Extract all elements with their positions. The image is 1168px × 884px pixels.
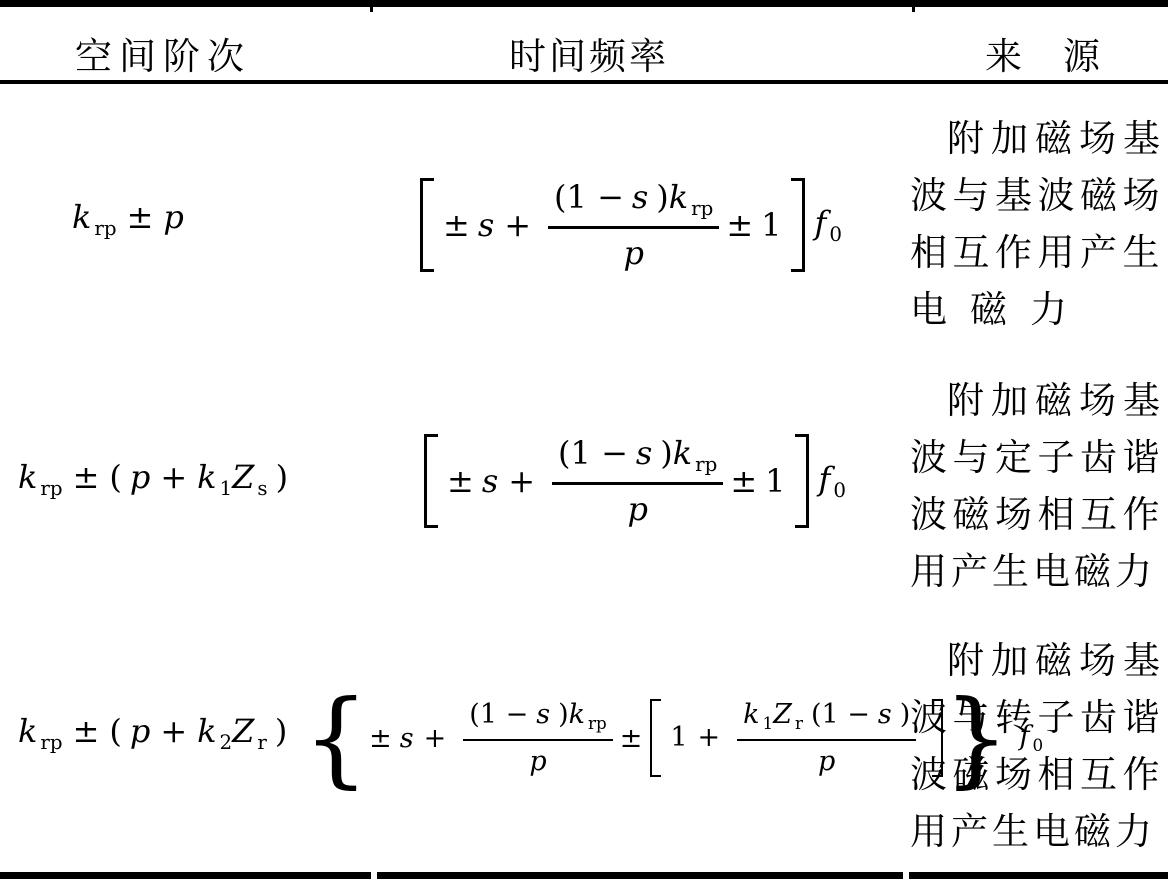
digit-one: 1 xyxy=(765,462,785,500)
var-p: p xyxy=(163,198,183,236)
var-p: p xyxy=(130,458,150,496)
formula-token: ±s+ xyxy=(443,206,541,244)
source-cell-row1: 附加磁场基 波与基波磁场 相互作用产生 电磁力 xyxy=(910,110,1168,338)
bracket-left xyxy=(424,434,438,528)
formula-token: krp±(p+k2Zr) xyxy=(18,712,287,754)
var-p: p xyxy=(623,234,643,272)
paren-close: ) xyxy=(558,699,569,730)
plus-minus: ± xyxy=(730,462,757,500)
column-boundary-tick-2 xyxy=(912,7,915,12)
col-header-source: 来 源 xyxy=(985,26,1102,80)
formula-token: 1+ xyxy=(670,722,730,753)
var-Z: Z xyxy=(232,712,254,750)
col-header-time-frequency: 时间频率 xyxy=(509,26,669,80)
var-k: k xyxy=(569,699,585,730)
var-f: f xyxy=(819,460,831,498)
plus-sign: + xyxy=(508,462,535,500)
time-frequency-formula-row1: ±s+ (1 −s)krp p ±1 f0 xyxy=(420,178,842,272)
bracket-left xyxy=(420,178,434,272)
fraction-numerator: (1 −s)krp xyxy=(548,178,719,226)
sub-zero: 0 xyxy=(829,223,842,246)
plus-sign: + xyxy=(698,722,721,753)
var-p: p xyxy=(818,746,835,777)
paren-open: (1 − xyxy=(469,699,528,730)
sub-zero: 0 xyxy=(833,479,846,502)
var-k: k xyxy=(18,712,37,750)
fraction-numerator: (1 −s)krp xyxy=(552,434,723,482)
table-bottom-border-segment-3 xyxy=(909,872,1168,879)
sub-rp: rp xyxy=(588,713,607,733)
sub-one: 1 xyxy=(220,477,233,500)
fraction-numerator: k1Zr(1 −s) xyxy=(737,699,916,739)
paren-open: (1 − xyxy=(811,699,870,730)
fraction: (1 −s)krp p xyxy=(463,699,612,777)
sub-one: 1 xyxy=(763,713,774,733)
var-k: k xyxy=(72,198,91,236)
fraction-denominator: p xyxy=(548,226,719,272)
plus-minus: ± xyxy=(620,723,643,754)
source-line: 电磁力 xyxy=(910,281,1168,338)
paren-close: ) xyxy=(276,458,288,496)
var-s: s xyxy=(482,462,498,500)
var-s: s xyxy=(400,723,414,754)
spatial-order-formula-row3: krp±(p+k2Zr) xyxy=(18,712,287,754)
sub-r: r xyxy=(795,713,803,733)
sub-rp: rp xyxy=(695,453,717,476)
fraction-denominator: p xyxy=(552,482,723,528)
scanned-table-page: 空间阶次 时间频率 来 源 krp±p ±s+ (1 −s)krp p ±1 f… xyxy=(0,0,1168,884)
source-line: 相互作用产生 xyxy=(910,224,1168,281)
var-p: p xyxy=(130,712,150,750)
var-k: k xyxy=(18,458,37,496)
bracket-left xyxy=(650,699,661,777)
var-s: s xyxy=(478,206,494,244)
plus-minus: ± xyxy=(443,206,470,244)
var-k: k xyxy=(673,434,692,472)
var-p: p xyxy=(529,746,546,777)
formula-token: krp±(p+k1Zs) xyxy=(18,458,288,500)
sub-s: s xyxy=(257,477,267,500)
plus-minus: ± xyxy=(73,458,100,496)
source-line: 波与转子齿谐 xyxy=(910,689,1168,746)
var-s: s xyxy=(636,434,652,472)
plus-minus: ± xyxy=(369,723,392,754)
bracket-right xyxy=(791,178,805,272)
paren-close: ) xyxy=(275,712,287,750)
var-s: s xyxy=(632,178,648,216)
source-line: 附加磁场基 xyxy=(910,372,1168,429)
source-cell-row3: 附加磁场基 波与转子齿谐 波磁场相互作 用产生电磁力 xyxy=(910,632,1168,860)
table-bottom-border-segment-1 xyxy=(0,872,371,879)
formula-token: ±1 xyxy=(730,462,785,500)
paren-open: (1 − xyxy=(554,178,624,216)
fraction: (1 −s)krp p xyxy=(548,178,719,272)
source-line: 附加磁场基 xyxy=(910,632,1168,689)
sub-two: 2 xyxy=(220,731,233,754)
plus-minus: ± xyxy=(73,712,100,750)
spatial-order-formula-row2: krp±(p+k1Zs) xyxy=(18,458,288,500)
table-bottom-border-segment-2 xyxy=(377,872,903,879)
formula-token: krp±p xyxy=(72,198,184,240)
digit-one: 1 xyxy=(761,206,781,244)
formula-token: ±s+ xyxy=(447,462,545,500)
fraction: k1Zr(1 −s) p xyxy=(737,699,916,777)
var-Z: Z xyxy=(232,458,254,496)
source-line: 用产生电磁力 xyxy=(910,543,1168,600)
sub-rp: rp xyxy=(40,731,62,754)
source-line: 波与定子齿谐 xyxy=(910,429,1168,486)
digit-one: 1 xyxy=(670,722,687,753)
var-k: k xyxy=(669,178,688,216)
var-k: k xyxy=(743,699,759,730)
source-line: 波磁场相互作 xyxy=(910,486,1168,543)
plus-sign: + xyxy=(504,206,531,244)
fraction-denominator: p xyxy=(463,739,612,777)
formula-token: f0 xyxy=(815,204,842,246)
var-k: k xyxy=(197,712,216,750)
plus-sign: + xyxy=(160,458,187,496)
sub-rp: rp xyxy=(94,217,116,240)
plus-sign: + xyxy=(424,723,447,754)
formula-token: f0 xyxy=(819,460,846,502)
paren-close: ) xyxy=(656,178,668,216)
fraction-denominator: p xyxy=(737,739,916,777)
table-top-border xyxy=(0,0,1168,7)
spatial-order-formula-row1: krp±p xyxy=(72,198,184,240)
sub-rp: rp xyxy=(40,477,62,500)
sub-rp: rp xyxy=(691,197,713,220)
plus-minus: ± xyxy=(447,462,474,500)
paren-open: ( xyxy=(109,712,121,750)
sub-r: r xyxy=(257,731,266,754)
header-separator-rule xyxy=(0,80,1168,84)
bracket-right xyxy=(795,434,809,528)
column-boundary-tick-1 xyxy=(370,7,373,12)
var-f: f xyxy=(815,204,827,242)
time-frequency-formula-row2: ±s+ (1 −s)krp p ±1 f0 xyxy=(424,434,846,528)
plus-minus: ± xyxy=(127,198,154,236)
fraction: (1 −s)krp p xyxy=(552,434,723,528)
plus-minus: ± xyxy=(726,206,753,244)
plus-sign: + xyxy=(160,712,187,750)
col-header-spatial-order: 空间阶次 xyxy=(75,26,251,80)
var-p: p xyxy=(627,490,647,528)
source-line: 波磁场相互作 xyxy=(910,746,1168,803)
brace-open: { xyxy=(303,686,369,790)
paren-open: ( xyxy=(109,458,121,496)
paren-close: ) xyxy=(900,699,911,730)
paren-close: ) xyxy=(660,434,672,472)
bracket-group: 1+ k1Zr(1 −s) p xyxy=(650,699,943,777)
formula-token: ±s+ xyxy=(369,723,456,754)
var-Z: Z xyxy=(773,699,792,730)
source-line: 用产生电磁力 xyxy=(910,803,1168,860)
var-s: s xyxy=(536,699,550,730)
paren-open: (1 − xyxy=(558,434,628,472)
fraction-numerator: (1 −s)krp xyxy=(463,699,612,739)
formula-token: ±1 xyxy=(726,206,781,244)
var-k: k xyxy=(197,458,216,496)
source-cell-row2: 附加磁场基 波与定子齿谐 波磁场相互作 用产生电磁力 xyxy=(910,372,1168,600)
source-line: 附加磁场基 xyxy=(910,110,1168,167)
source-line: 波与基波磁场 xyxy=(910,167,1168,224)
var-s: s xyxy=(878,699,892,730)
